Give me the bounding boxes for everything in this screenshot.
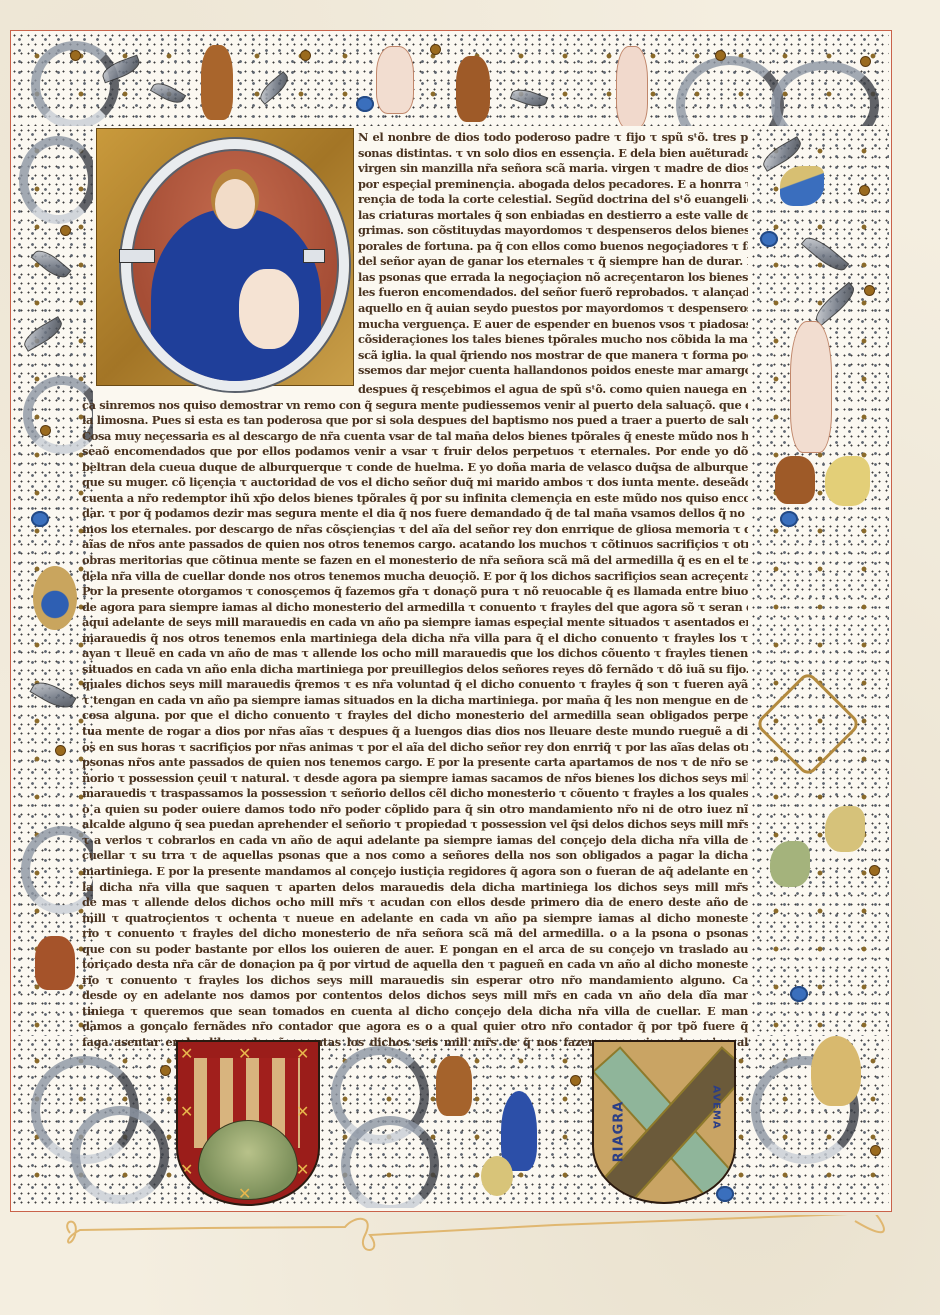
text-line: despues q̃ resçebimos el agua de spũ sᵗõ… bbox=[358, 382, 748, 398]
text-line: scã iglia. la qual q̃riendo nos mostrar … bbox=[358, 348, 748, 364]
text-line: por espeçial preminençia. abogada delos … bbox=[358, 177, 748, 193]
text-line: aquello en q̃ auian seydo puestos por ma… bbox=[358, 301, 748, 317]
charter-text-body: despues q̃ resçebimos el agua de spũ sᵗõ… bbox=[82, 382, 748, 1051]
text-line: mill τ quatroçientos τ ochenta τ nueue e… bbox=[82, 911, 748, 927]
text-line: Cosa muy neçessaria es al descargo de nr… bbox=[82, 429, 748, 445]
text-line: marauedis q̃ nos otros tenemos enla mart… bbox=[82, 631, 748, 647]
text-line: ssemos dar mejor cuenta hallandonos poid… bbox=[358, 363, 748, 379]
text-line: la dicha nr̃a villa que saquen τ aparten… bbox=[82, 880, 748, 896]
text-line: cosa alguna. por que el dicho conuento τ… bbox=[82, 708, 748, 724]
text-line: ca sinremos nos quiso demostrar vn remo … bbox=[82, 398, 748, 414]
text-line: toriçado desta nr̃a cãr de donaçion pa q… bbox=[82, 957, 748, 973]
saltire-mark: ✕ bbox=[296, 1044, 309, 1063]
text-line: tiniega τ queremos que sean tomados en c… bbox=[82, 1004, 748, 1020]
initial-crossbar-left bbox=[119, 249, 155, 263]
text-line: psonas nr̃os ante passados de quien nos … bbox=[82, 755, 748, 771]
text-line: Por la presente otorgamos τ conosçemos q… bbox=[82, 584, 748, 600]
bear-playing-lute-icon bbox=[201, 45, 233, 120]
nude-figure-icon bbox=[790, 321, 832, 453]
coat-of-arms-velasco-icon: RIAGRA AVEMA bbox=[592, 1040, 736, 1204]
text-line: mos los eternales. por descargo de nr̃as… bbox=[82, 522, 748, 538]
peacock-icon bbox=[33, 566, 77, 630]
saltire-mark: ✕ bbox=[296, 1102, 309, 1121]
text-line: aĩas de nr̃os ante passados de quien nos… bbox=[82, 537, 748, 553]
text-line: del señor ayan de ganar los eternales τ … bbox=[358, 254, 748, 270]
bottom-border bbox=[11, 1036, 889, 1208]
monkey-on-stool-icon bbox=[456, 56, 490, 122]
text-line: quales dichos seys mill marauedis q̃remo… bbox=[82, 677, 748, 693]
virgin-face bbox=[215, 179, 255, 229]
monkey-with-bird-icon bbox=[775, 456, 815, 504]
saltire-mark: ✕ bbox=[180, 1044, 193, 1063]
bear-with-horn-icon bbox=[436, 1056, 472, 1116]
text-line: la limosna. Pues si esta es tan poderosa… bbox=[82, 413, 748, 429]
text-line: cuellar τ su trra τ de aquellas psonas q… bbox=[82, 848, 748, 864]
saltire-mark: ✕ bbox=[180, 1160, 193, 1179]
saltire-mark: ✕ bbox=[238, 1184, 251, 1203]
text-line: ñorio τ possession çeuil τ natural. τ de… bbox=[82, 771, 748, 787]
saltire-mark: ✕ bbox=[180, 1102, 193, 1121]
text-line: virgen sin manzilla nr̃a señora scã mari… bbox=[358, 161, 748, 177]
christ-child bbox=[239, 269, 299, 349]
seated-child-icon bbox=[376, 46, 414, 114]
text-line: o a quien su poder ouiere damos todo nr̃… bbox=[82, 802, 748, 818]
historiated-initial bbox=[96, 128, 354, 386]
text-line: os en sus horas τ sacrifiçios por nr̃as … bbox=[82, 740, 748, 756]
text-line: que con su poder bastante por ellos los … bbox=[82, 942, 748, 958]
text-line: sonas distintas. τ vn solo dios en essen… bbox=[358, 146, 748, 162]
text-line: τ tengan en cada vn año pa siempre iamas… bbox=[82, 693, 748, 709]
text-line: las psonas que errada la negoçiaçion nõ … bbox=[358, 270, 748, 286]
text-line: ayan τ lleuẽ en cada vn año de mas τ all… bbox=[82, 646, 748, 662]
coat-of-arms-cueva-icon: ✕ ✕ ✕ ✕ ✕ ✕ ✕ ✕ bbox=[176, 1040, 320, 1206]
initial-crossbar-right bbox=[303, 249, 325, 263]
text-line: martiniega. E por la presente mandamos a… bbox=[82, 864, 748, 880]
knotwork-icon bbox=[754, 670, 861, 777]
text-line: cuenta a nr̃o redemptor ihũ xp̃o delos b… bbox=[82, 491, 748, 507]
lower-margin-pen-flourish bbox=[55, 1215, 885, 1275]
charter-text-opening: N el nonbre de dios todo poderoso padre … bbox=[358, 130, 748, 379]
text-line: cõsideraçiones los tales bienes tpõrales… bbox=[358, 332, 748, 348]
owl-icon bbox=[811, 1036, 861, 1106]
text-line: alcalde alguno q̃ sea puedan aprehender … bbox=[82, 817, 748, 833]
top-border bbox=[11, 31, 889, 126]
text-line: obras meritorias que cõtinua mente se fa… bbox=[82, 553, 748, 569]
text-line: dela nr̃a villa de cuellar donde nos otr… bbox=[82, 569, 748, 585]
text-line: τ a verlos τ cobrarlos en cada vn año de… bbox=[82, 833, 748, 849]
text-line: beltran dela cueua duque de alburquerque… bbox=[82, 460, 748, 476]
text-line: marauedis τ traspassamos la possession τ… bbox=[82, 786, 748, 802]
text-line: rio τ conuento τ frayles los dichos seys… bbox=[82, 973, 748, 989]
left-border bbox=[11, 126, 93, 1036]
text-line: de agora para siempre iamas al dicho mon… bbox=[82, 600, 748, 616]
text-line: mucha verguença. E auer de espender en b… bbox=[358, 317, 748, 333]
text-line: que su muger. cõ liçençia τ auctoridad d… bbox=[82, 475, 748, 491]
parrot-icon bbox=[780, 166, 824, 206]
text-line: porales de fortuna. pa q̃ con ellos como… bbox=[358, 239, 748, 255]
text-line: damos a gonçalo fernãdes nr̃o contador q… bbox=[82, 1019, 748, 1035]
text-line: rio τ conuento τ frayles del dicho mones… bbox=[82, 926, 748, 942]
nude-figure-icon bbox=[616, 46, 648, 126]
bear-with-horn-icon bbox=[35, 936, 75, 990]
text-line: grimas. son cõstituydas mayordomos τ des… bbox=[358, 223, 748, 239]
saltire-mark: ✕ bbox=[296, 1160, 309, 1179]
text-line: desde oy en adelante nos damos por conte… bbox=[82, 988, 748, 1004]
text-line: las criaturas mortales q̃ son enbiadas e… bbox=[358, 208, 748, 224]
text-line: situados en cada vn año enla dicha marti… bbox=[82, 662, 748, 678]
text-line: les fueron encomendados. del señor fuerõ… bbox=[358, 285, 748, 301]
text-line: N el nonbre de dios todo poderoso padre … bbox=[358, 130, 748, 146]
text-line: de mas τ allende delos dichos ocho mill … bbox=[82, 895, 748, 911]
text-line: aqui adelante de seys mill marauedis en … bbox=[82, 615, 748, 631]
right-border bbox=[750, 126, 889, 1036]
text-line: tua mente de rogar a dios por nr̃as aĩas… bbox=[82, 724, 748, 740]
historiated-initial-icon bbox=[121, 139, 349, 391]
text-line: seaõ encomendados que por ellos podamos … bbox=[82, 444, 748, 460]
text-line: dar. τ por q̃ podamos dezir mas segura m… bbox=[82, 506, 748, 522]
saltire-mark: ✕ bbox=[238, 1044, 251, 1063]
text-line: rençia de toda la corte celestial. Segũd… bbox=[358, 192, 748, 208]
shield-motto-right: AVEMA bbox=[710, 1085, 721, 1129]
shield-motto-left: RIAGRA bbox=[611, 1101, 626, 1163]
